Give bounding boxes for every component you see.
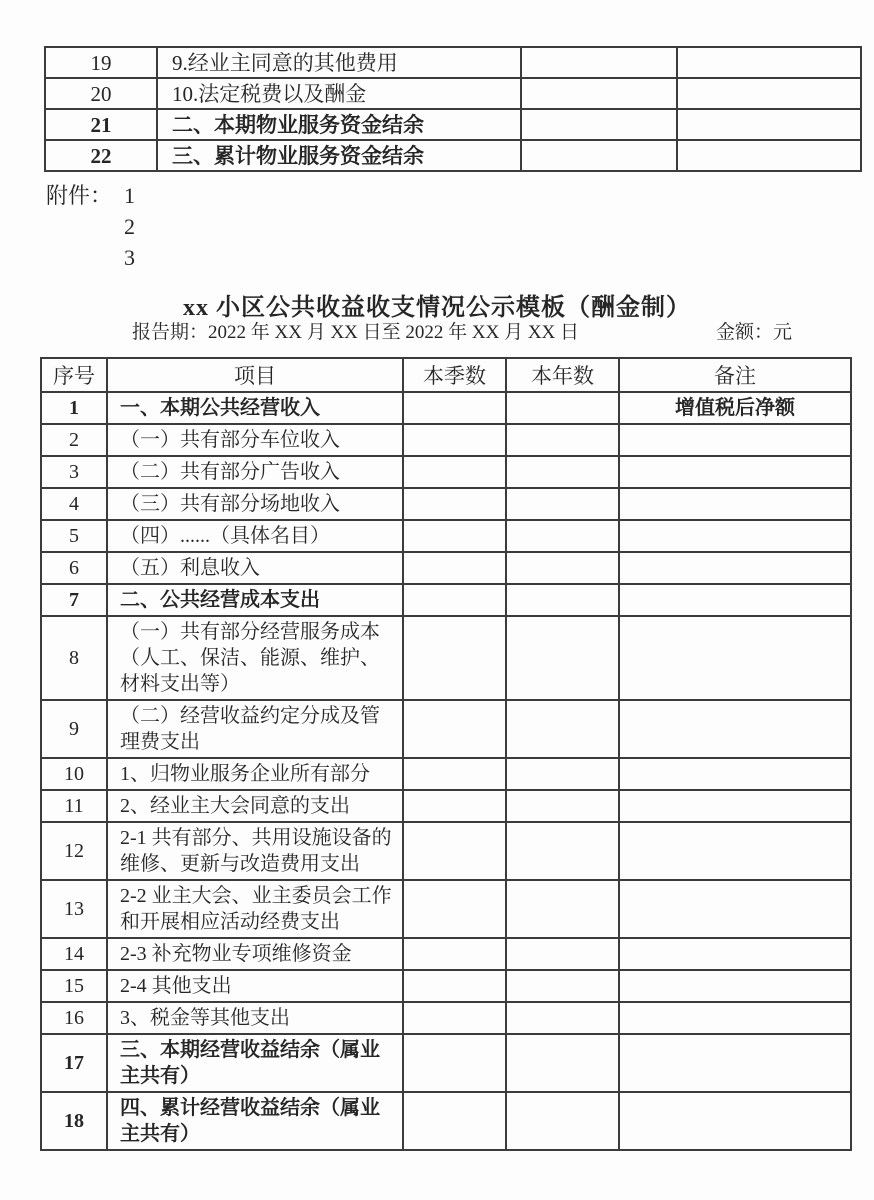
- cell-quarter: [403, 456, 506, 488]
- cell-no: 17: [41, 1034, 107, 1092]
- cell-item: （一）共有部分车位收入: [107, 424, 403, 456]
- cell-item: 2-2 业主大会、业主委员会工作和开展相应活动经费支出: [107, 880, 403, 938]
- table-row: 3（二）共有部分广告收入: [41, 456, 851, 488]
- cell-note: [619, 970, 851, 1002]
- cell-quarter: [403, 790, 506, 822]
- cell-item: （一）共有部分经营服务成本（人工、保洁、能源、维护、材料支出等）: [107, 616, 403, 700]
- cell-no: 7: [41, 584, 107, 616]
- cell-c2: [677, 47, 861, 78]
- cell-year: [506, 700, 619, 758]
- cell-note: [619, 822, 851, 880]
- table-row: 4（三）共有部分场地收入: [41, 488, 851, 520]
- cell-quarter: [403, 616, 506, 700]
- cell-item: （二）经营收益约定分成及管理费支出: [107, 700, 403, 758]
- cell-no: 9: [41, 700, 107, 758]
- cell-no: 16: [41, 1002, 107, 1034]
- header-cell-year: 本年数: [506, 358, 619, 392]
- cell-c2: [677, 78, 861, 109]
- cell-item: 1、归物业服务企业所有部分: [107, 758, 403, 790]
- cell-no: 15: [41, 970, 107, 1002]
- document-page: 199.经业主同意的其他费用2010.法定税费以及酬金21二、本期物业服务资金结…: [0, 0, 874, 1200]
- table-row: 2010.法定税费以及酬金: [45, 78, 861, 109]
- report-meta: 报告期：2022 年 XX 月 XX 日至 2022 年 XX 月 XX 日 金…: [132, 321, 792, 345]
- cell-year: [506, 392, 619, 424]
- cell-note: [619, 1002, 851, 1034]
- main-table-header: 序号 项目 本季数 本年数 备注: [41, 358, 851, 392]
- table-row: 122-1 共有部分、共用设施设备的维修、更新与改造费用支出: [41, 822, 851, 880]
- cell-no: 1: [41, 392, 107, 424]
- table-row: 152-4 其他支出: [41, 970, 851, 1002]
- cell-quarter: [403, 488, 506, 520]
- cell-no: 19: [45, 47, 157, 78]
- table-row: 6（五）利息收入: [41, 552, 851, 584]
- amount-unit: 金额：元: [716, 321, 792, 345]
- continuation-table-body: 199.经业主同意的其他费用2010.法定税费以及酬金21二、本期物业服务资金结…: [45, 47, 861, 171]
- cell-item: 3、税金等其他支出: [107, 1002, 403, 1034]
- page-title: xx 小区公共收益收支情况公示模板（酬金制）: [0, 287, 874, 322]
- table-row: 132-2 业主大会、业主委员会工作和开展相应活动经费支出: [41, 880, 851, 938]
- cell-item: 三、本期经营收益结余（属业主共有）: [107, 1034, 403, 1092]
- cell-item: 四、累计经营收益结余（属业主共有）: [107, 1092, 403, 1150]
- cell-no: 10: [41, 758, 107, 790]
- cell-year: [506, 424, 619, 456]
- cell-note: [619, 1092, 851, 1150]
- cell-year: [506, 520, 619, 552]
- cell-note: 增值税后净额: [619, 392, 851, 424]
- cell-quarter: [403, 392, 506, 424]
- attachments-list: 1 2 3: [124, 180, 135, 273]
- attachment-item: 2: [124, 211, 135, 242]
- cell-year: [506, 880, 619, 938]
- cell-year: [506, 1002, 619, 1034]
- attachments-label: 附件：: [46, 180, 112, 273]
- table-row: 21二、本期物业服务资金结余: [45, 109, 861, 140]
- table-row: 112、经业主大会同意的支出: [41, 790, 851, 822]
- cell-year: [506, 552, 619, 584]
- cell-year: [506, 758, 619, 790]
- cell-quarter: [403, 700, 506, 758]
- cell-year: [506, 488, 619, 520]
- cell-note: [619, 424, 851, 456]
- cell-quarter: [403, 938, 506, 970]
- cell-note: [619, 758, 851, 790]
- cell-c2: [677, 140, 861, 171]
- table-row: 7二、公共经营成本支出: [41, 584, 851, 616]
- table-row: 1一、本期公共经营收入增值税后净额: [41, 392, 851, 424]
- cell-item: 三、累计物业服务资金结余: [157, 140, 521, 171]
- cell-item: 9.经业主同意的其他费用: [157, 47, 521, 78]
- main-table: 序号 项目 本季数 本年数 备注 1一、本期公共经营收入增值税后净额2（一）共有…: [40, 357, 852, 1151]
- cell-note: [619, 938, 851, 970]
- table-row: 5（四）......（具体名目）: [41, 520, 851, 552]
- cell-c2: [677, 109, 861, 140]
- cell-year: [506, 790, 619, 822]
- cell-c1: [521, 109, 677, 140]
- cell-quarter: [403, 424, 506, 456]
- attachment-item: 3: [124, 242, 135, 273]
- cell-no: 8: [41, 616, 107, 700]
- cell-no: 21: [45, 109, 157, 140]
- cell-quarter: [403, 822, 506, 880]
- table-row: 142-3 补充物业专项维修资金: [41, 938, 851, 970]
- cell-note: [619, 616, 851, 700]
- cell-note: [619, 700, 851, 758]
- header-cell-item: 项目: [107, 358, 403, 392]
- cell-quarter: [403, 880, 506, 938]
- cell-no: 6: [41, 552, 107, 584]
- cell-item: 10.法定税费以及酬金: [157, 78, 521, 109]
- cell-no: 14: [41, 938, 107, 970]
- cell-item: 二、公共经营成本支出: [107, 584, 403, 616]
- cell-no: 12: [41, 822, 107, 880]
- cell-year: [506, 822, 619, 880]
- cell-quarter: [403, 970, 506, 1002]
- cell-item: （四）......（具体名目）: [107, 520, 403, 552]
- table-row: 18四、累计经营收益结余（属业主共有）: [41, 1092, 851, 1150]
- cell-item: （五）利息收入: [107, 552, 403, 584]
- cell-year: [506, 938, 619, 970]
- cell-no: 20: [45, 78, 157, 109]
- cell-item: 一、本期公共经营收入: [107, 392, 403, 424]
- table-row: 199.经业主同意的其他费用: [45, 47, 861, 78]
- table-row: 22三、累计物业服务资金结余: [45, 140, 861, 171]
- cell-note: [619, 880, 851, 938]
- cell-quarter: [403, 552, 506, 584]
- cell-year: [506, 616, 619, 700]
- attachment-item: 1: [124, 180, 135, 211]
- cell-quarter: [403, 758, 506, 790]
- cell-note: [619, 552, 851, 584]
- cell-no: 3: [41, 456, 107, 488]
- cell-item: 2-1 共有部分、共用设施设备的维修、更新与改造费用支出: [107, 822, 403, 880]
- cell-quarter: [403, 1002, 506, 1034]
- table-row: 2（一）共有部分车位收入: [41, 424, 851, 456]
- continuation-table: 199.经业主同意的其他费用2010.法定税费以及酬金21二、本期物业服务资金结…: [44, 46, 862, 172]
- report-period: 报告期：2022 年 XX 月 XX 日至 2022 年 XX 月 XX 日: [132, 321, 579, 345]
- cell-note: [619, 520, 851, 552]
- cell-no: 18: [41, 1092, 107, 1150]
- cell-note: [619, 1034, 851, 1092]
- header-cell-no: 序号: [41, 358, 107, 392]
- cell-c1: [521, 47, 677, 78]
- cell-no: 2: [41, 424, 107, 456]
- cell-year: [506, 584, 619, 616]
- attachments-block: 附件： 1 2 3: [46, 180, 135, 273]
- main-table-body: 1一、本期公共经营收入增值税后净额2（一）共有部分车位收入3（二）共有部分广告收…: [41, 392, 851, 1150]
- cell-no: 11: [41, 790, 107, 822]
- header-cell-quarter: 本季数: [403, 358, 506, 392]
- cell-item: 二、本期物业服务资金结余: [157, 109, 521, 140]
- cell-no: 4: [41, 488, 107, 520]
- table-row: 9（二）经营收益约定分成及管理费支出: [41, 700, 851, 758]
- cell-no: 22: [45, 140, 157, 171]
- cell-note: [619, 456, 851, 488]
- cell-note: [619, 488, 851, 520]
- cell-item: （二）共有部分广告收入: [107, 456, 403, 488]
- cell-item: 2-3 补充物业专项维修资金: [107, 938, 403, 970]
- header-cell-note: 备注: [619, 358, 851, 392]
- cell-c1: [521, 140, 677, 171]
- cell-item: 2、经业主大会同意的支出: [107, 790, 403, 822]
- cell-quarter: [403, 584, 506, 616]
- table-row: 8（一）共有部分经营服务成本（人工、保洁、能源、维护、材料支出等）: [41, 616, 851, 700]
- cell-c1: [521, 78, 677, 109]
- cell-year: [506, 1092, 619, 1150]
- header-row: 序号 项目 本季数 本年数 备注: [41, 358, 851, 392]
- cell-quarter: [403, 1034, 506, 1092]
- cell-note: [619, 584, 851, 616]
- table-row: 163、税金等其他支出: [41, 1002, 851, 1034]
- cell-note: [619, 790, 851, 822]
- cell-year: [506, 1034, 619, 1092]
- cell-quarter: [403, 1092, 506, 1150]
- cell-no: 13: [41, 880, 107, 938]
- table-row: 101、归物业服务企业所有部分: [41, 758, 851, 790]
- cell-item: （三）共有部分场地收入: [107, 488, 403, 520]
- table-row: 17三、本期经营收益结余（属业主共有）: [41, 1034, 851, 1092]
- cell-no: 5: [41, 520, 107, 552]
- cell-item: 2-4 其他支出: [107, 970, 403, 1002]
- cell-quarter: [403, 520, 506, 552]
- cell-year: [506, 970, 619, 1002]
- cell-year: [506, 456, 619, 488]
